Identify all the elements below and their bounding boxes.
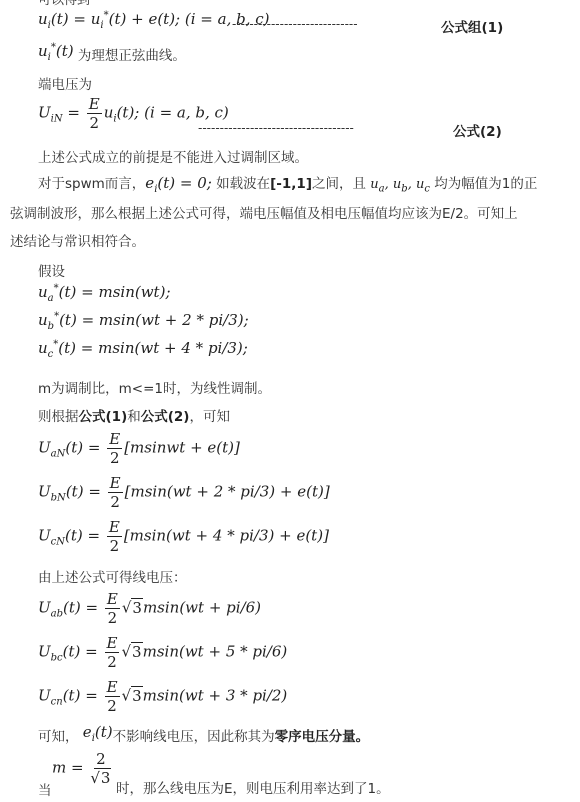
zero-seq-mid: 不影响线电压，因此称其为 [113,729,275,745]
ideal-sine-text: 为理想正弦曲线。 [78,48,186,64]
assumption-a: ua*(t) = msin(wt); [38,283,171,304]
spwm-mid2: 之间，且 [312,176,366,192]
zero-seq-term: 零序电压分量。 [275,729,370,745]
derive-text: 则根据公式(1)和公式(2)，可知 [38,405,230,425]
assumption-b: ub*(t) = msin(wt + 2 * pi/3); [38,311,249,332]
equation-2-tag: 公式(2) [453,120,502,140]
cut-off-text: 可以得到 [38,0,90,8]
ref-formula-1: 公式(1) [79,409,128,425]
equation-1-tag: 公式组(1) [441,16,503,36]
paragraph-spwm-line3: 述结论与常识相符合。 [10,230,145,250]
spwm-mid: 如载波在 [216,176,270,192]
uabc-math: ua, ub, uc [370,177,430,192]
ei-zero-math: ei(t) = 0; [145,174,212,192]
spwm-prefix: 对于spwm而言， [38,176,145,192]
zero-sequence-text: 可知， ei(t)不影响线电压，因此称其为零序电压分量。 [38,725,369,748]
ideal-sine-math: ui*(t) [38,42,74,60]
equation-2-dashes: ------------------------------------ [198,121,354,135]
paragraph-spwm-line1: 对于spwm而言，ei(t) = 0; 如载波在[-1,1]之间，且 ua, u… [38,172,537,195]
terminal-voltage-label: 端电压为 [38,73,92,93]
line-eq-ab: Uab(t) = E2√3msin(wt + pi/6) [38,590,261,627]
carrier-range: [-1,1] [270,176,312,192]
modulation-ratio-text: m为调制比，m<=1时，为线性调制。 [38,377,271,397]
line-voltage-label: 由上述公式可得线电压： [38,566,187,586]
ei-math: ei(t) [83,723,113,741]
line-eq-cn: Ucn(t) = E2√3msin(wt + 3 * pi/2) [38,678,287,715]
paragraph-spwm-line2: 弦调制波形，那么根据上述公式可得，端电压幅值及相电压幅值均应该为E/2。可知上 [10,202,518,222]
derive-suffix: ，可知 [189,409,230,425]
ideal-sine-line: ui*(t) 为理想正弦曲线。 [38,40,186,63]
final-suffix: 时，那么线电压为E，则电压利用率达到了1。 [116,777,390,797]
assumption-c: uc*(t) = msin(wt + 4 * pi/3); [38,339,248,360]
line-eq-bc: Ubc(t) = E2√3msin(wt + 5 * pi/6) [38,634,287,671]
paragraph-precondition: 上述公式成立的前提是不能进入过调制区域。 [38,146,308,166]
phase-eq-c: UcN(t) = E2[msin(wt + 4 * pi/3) + e(t)] [38,518,329,555]
assume-label: 假设 [38,260,65,280]
derive-and: 和 [127,409,141,425]
zero-seq-prefix: 可知， [38,729,79,745]
m-equals-math: m = 2√3 [52,750,113,787]
phase-eq-b: UbN(t) = E2[msin(wt + 2 * pi/3) + e(t)] [38,474,330,511]
ref-formula-2: 公式(2) [141,409,190,425]
equation-1-dashes: ----------------------------- [232,17,358,31]
final-prefix: 当 [38,779,52,799]
derive-prefix: 则根据 [38,409,79,425]
phase-eq-a: UaN(t) = E2[msinwt + e(t)] [38,430,240,467]
spwm-suffix: 均为幅值为1的正 [434,176,537,192]
